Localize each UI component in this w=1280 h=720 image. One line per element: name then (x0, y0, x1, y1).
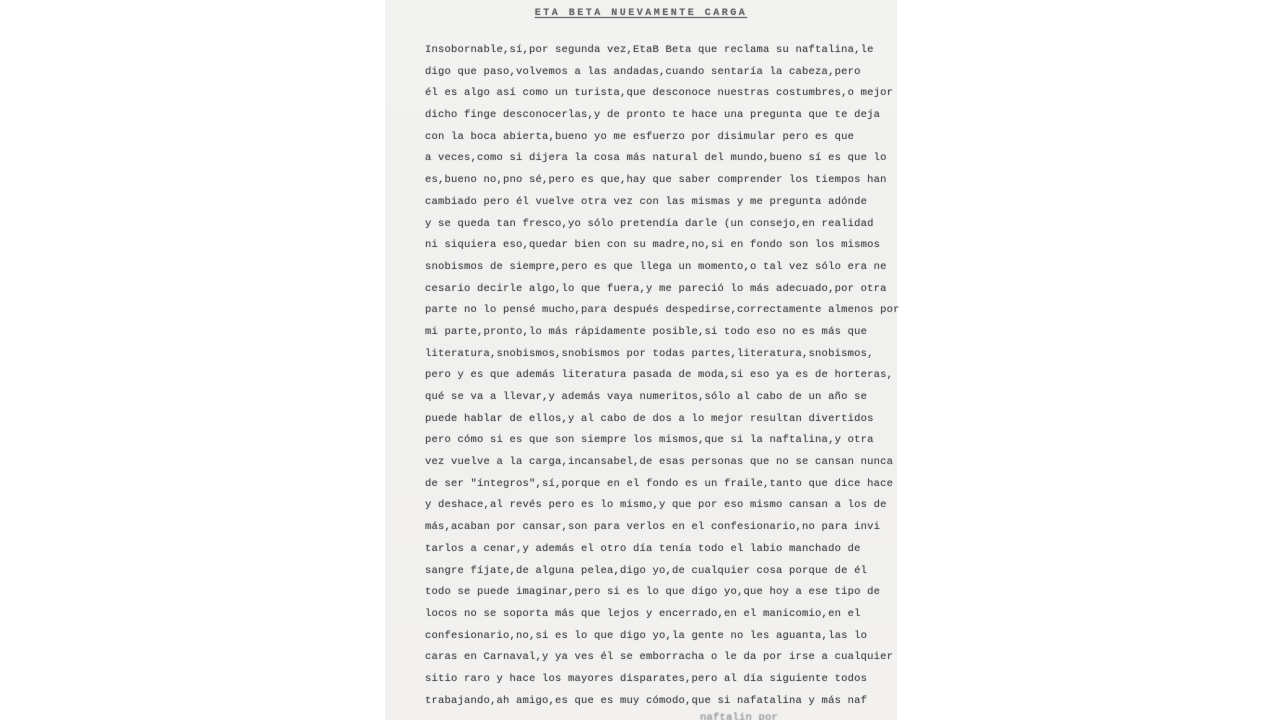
typescript-line: dicho finge desconocerlas,y de pronto te… (425, 105, 893, 127)
typescript-body: Insobornable,sí,por segunda vez,EtaB Bet… (425, 40, 893, 712)
typescript-line: de ser "íntegros",sí,porque en el fondo … (425, 474, 893, 496)
typescript-line: Insobornable,sí,por segunda vez,EtaB Bet… (425, 40, 893, 62)
typescript-line: es,bueno no,pno sé,pero es que,hay que s… (425, 170, 893, 192)
typescript-line: mi parte,pronto,lo más rápidamente posib… (425, 322, 893, 344)
typescript-line: y deshace,al revés pero es lo mismo,y qu… (425, 495, 893, 517)
typescript-line: cambiado pero él vuelve otra vez con las… (425, 192, 893, 214)
typescript-line: parte no lo pensé mucho,para después des… (425, 300, 893, 322)
typescript-line: tarlos a cenar,y además el otro día tení… (425, 539, 893, 561)
typescript-line: sangre fíjate,de alguna pelea,digo yo,de… (425, 561, 893, 583)
document-scan: ETA BETA NUEVAMENTE CARGA Insobornable,s… (0, 0, 1280, 720)
typescript-partial-line: naftalin por (700, 712, 778, 720)
typescript-line: ni siquiera eso,quedar bien con su madre… (425, 235, 893, 257)
typescript-line: literatura,snobismos,snobismos por todas… (425, 344, 893, 366)
typescript-line: snobismos de siempre,pero es que llega u… (425, 257, 893, 279)
typescript-line: él es algo así como un turista,que desco… (425, 83, 893, 105)
typescript-line: y se queda tan fresco,yo sólo pretendía … (425, 214, 893, 236)
typescript-line: sitio raro y hace los mayores disparates… (425, 669, 893, 691)
typescript-line: a veces,como si dijera la cosa más natur… (425, 148, 893, 170)
typescript-line: qué se va a llevar,y además vaya numerit… (425, 387, 893, 409)
typescript-line: más,acaban por cansar,son para verlos en… (425, 517, 893, 539)
typescript-line: digo que paso,volvemos a las andadas,cua… (425, 62, 893, 84)
typescript-line: vez vuelve a la carga,incansabel,de esas… (425, 452, 893, 474)
typescript-line: confesionario,no,si es lo que digo yo,la… (425, 626, 893, 648)
typescript-line: todo se puede imaginar,pero si es lo que… (425, 582, 893, 604)
typescript-line: pero y es que además literatura pasada d… (425, 365, 893, 387)
typescript-line: puede hablar de ellos,y al cabo de dos a… (425, 409, 893, 431)
typescript-line: con la boca abierta,bueno yo me esfuerzo… (425, 127, 893, 149)
typescript-line: caras en Carnaval,y ya ves él se emborra… (425, 647, 893, 669)
typescript-line: locos no se soporta más que lejos y ence… (425, 604, 893, 626)
typescript-line: trabajando,ah amigo,es que es muy cómodo… (425, 691, 893, 713)
document-title: ETA BETA NUEVAMENTE CARGA (385, 8, 897, 19)
typescript-line: cesario decirle algo,lo que fuera,y me p… (425, 279, 893, 301)
typescript-line: pero cómo si es que son siempre los mism… (425, 430, 893, 452)
